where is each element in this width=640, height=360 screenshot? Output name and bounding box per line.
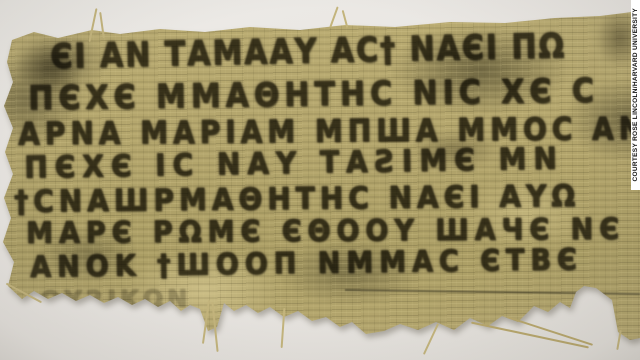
coptic-text-line-faint: ΟΥƧΙΚΩΝ [40,285,191,314]
papyrus-shadow: ЄΙ ΑΝ ΤΑΜΑΑΥ ΑC† ΝΑЄΙ ΠΩ ΠЄΧЄ ΜΜΑΘΗΤΗC Ν… [0,0,640,352]
photo-credit-strip: COURTESY ROSE LINCOLN/HARVARD UNIVERSITY [631,0,640,190]
papyrus-fragment: ЄΙ ΑΝ ΤΑΜΑΑΥ ΑC† ΝΑЄΙ ΠΩ ΠЄΧЄ ΜΜΑΘΗΤΗC Ν… [0,0,640,352]
photo-credit-text: COURTESY ROSE LINCOLN/HARVARD UNIVERSITY [631,8,640,181]
coptic-text-line: ΑΝΟΚ †ШΟΟΠ ΝΜΜΑC ЄΤΒЄ [30,243,583,284]
papyrus-crack [345,289,640,295]
coptic-text-line: ЄΙ ΑΝ ΤΑΜΑΑΥ ΑC† ΝΑЄΙ ΠΩ [50,27,566,77]
photograph: ЄΙ ΑΝ ΤΑΜΑΑΥ ΑC† ΝΑЄΙ ΠΩ ΠЄΧЄ ΜΜΑΘΗΤΗC Ν… [0,0,640,360]
